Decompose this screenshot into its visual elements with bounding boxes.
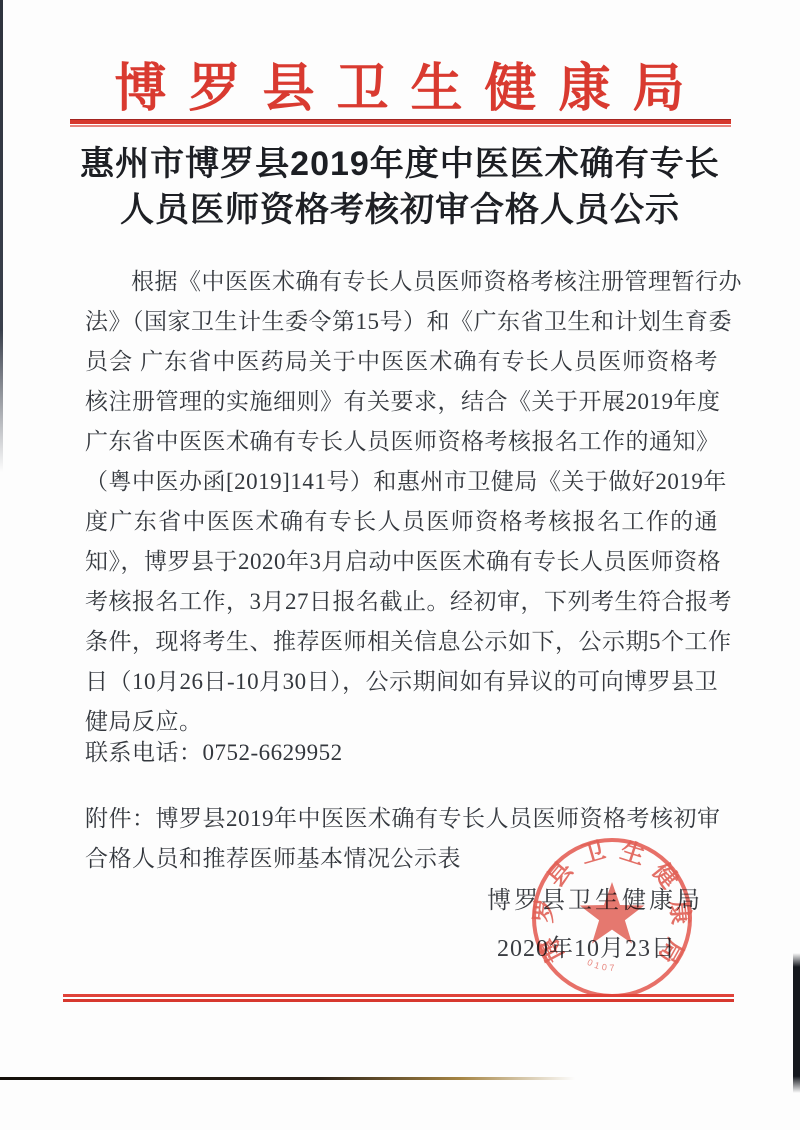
body-line: 员会 广东省中医药局关于中医医术确有专长人员医师资格考 <box>85 342 718 382</box>
official-seal: 博罗县卫生健康局 0107 <box>517 823 707 1013</box>
letterhead-org-name: 博罗县卫生健康局 <box>70 46 731 121</box>
body-paragraph: 根据《中医医术确有专长人员医师资格考核注册管理暂行办 法》（国家卫生计生委令第1… <box>85 262 718 742</box>
scan-edge-right <box>793 953 800 1093</box>
letterhead-rule <box>70 119 731 127</box>
seal-star-icon <box>580 882 645 944</box>
body-line: 核注册管理的实施细则》有关要求，结合《关于开展2019年度 <box>85 382 718 422</box>
seal-number-text: 0107 <box>586 957 618 973</box>
doc-title-line2: 人员医师资格考核初审合格人员公示 <box>0 182 800 231</box>
body-line: 知》，博罗县于2020年3月启动中医医术确有专长人员医师资格 <box>85 542 718 582</box>
footer-rule <box>63 994 734 1002</box>
contact-phone-line: 联系电话：0752-6629952 <box>85 733 718 773</box>
body-line: 条件，现将考生、推荐医师相关信息公示如下，公示期5个工作 <box>85 622 718 662</box>
body-line: 根据《中医医术确有专长人员医师资格考核注册管理暂行办 <box>85 262 718 302</box>
body-line: 度广东省中医医术确有专长人员医师资格考核报名工作的通 <box>85 502 718 542</box>
body-line: 日（10月26日-10月30日），公示期间如有异议的可向博罗县卫 <box>85 662 718 702</box>
svg-text:0107: 0107 <box>586 957 618 973</box>
doc-title-line1: 惠州市博罗县2019年度中医医术确有专长 <box>0 136 800 185</box>
body-line: 广东省中医医术确有专长人员医师资格考核报名工作的通知》 <box>85 422 718 462</box>
body-line: 考核报名工作，3月27日报名截止。经初审，下列考生符合报考 <box>85 582 718 622</box>
body-line: （粤中医办函[2019]141号）和惠州市卫健局《关于做好2019年 <box>85 462 718 502</box>
scanned-document-page: 博罗县卫生健康局 惠州市博罗县2019年度中医医术确有专长 人员医师资格考核初审… <box>0 0 800 1130</box>
scan-edge-left <box>0 0 3 472</box>
body-line: 法》（国家卫生计生委令第15号）和《广东省卫生和计划生育委 <box>85 302 718 342</box>
scan-edge-bottom <box>0 1077 575 1080</box>
